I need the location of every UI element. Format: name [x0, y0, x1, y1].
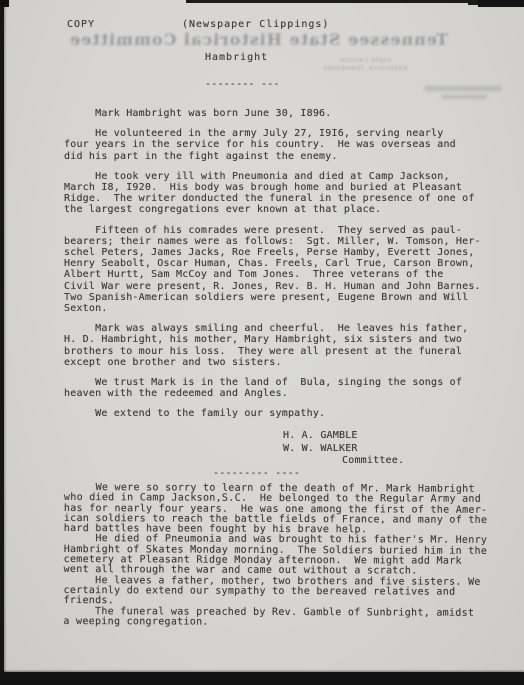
scan-edge-left	[0, 0, 4, 685]
surname-heading: Hambright	[205, 52, 268, 63]
paragraph-family: Mark was always smiling and cheerful. He…	[64, 323, 516, 368]
paragraph-sympathy: We extend to the family our sympathy.	[64, 408, 516, 419]
signature-names: H. A. GAMBLE W. W. WALKER	[283, 429, 516, 455]
paragraph-survivors: He leaves a father, mother, two brothers…	[63, 576, 515, 609]
paragraph-enlistment: He volunteered in the army July 27, I9I6…	[64, 128, 516, 162]
committee-label: Committee.	[342, 455, 516, 466]
scan-edge-top-left-corner	[0, 0, 9, 7]
separator-line-middle: --------- ----	[213, 468, 516, 479]
scan-edge-top-right-corner	[478, 0, 524, 7]
bleedthrough-address-line1: STATE CAPITOL	[322, 57, 408, 65]
copy-label: COPY	[67, 19, 95, 30]
bleedthrough-letterhead-address: STATE CAPITOL NASHVILLE, TENNESSEE	[322, 57, 408, 73]
paragraph-burial: He died of Pneumonia and was brought to …	[64, 534, 516, 577]
paragraph-trust: We trust Mark is in the land of Bula, si…	[64, 377, 516, 399]
bleedthrough-address-line2: NASHVILLE, TENNESSEE	[322, 65, 408, 73]
bleedthrough-letterhead-text: Tennessee State Historical Committee	[88, 30, 448, 49]
paragraph-sorry: We were so sorry to learn of the death o…	[64, 483, 516, 536]
scan-edge-bottom	[0, 672, 524, 685]
second-clipping-section: We were so sorry to learn of the death o…	[63, 483, 516, 629]
bleedthrough-smudge-1	[424, 86, 502, 91]
paragraph-birth: Mark Hambright was born June 30, I896.	[64, 108, 516, 119]
separator-line-top: -------- ---	[205, 79, 280, 90]
scanned-document-page: Tennessee State Historical Committee STA…	[0, 0, 524, 685]
bleedthrough-smudge-2	[441, 95, 487, 99]
document-body: Mark Hambright was born June 30, I896. H…	[64, 108, 516, 627]
paragraph-pallbearers: Fifteen of his comrades were present. Th…	[64, 225, 516, 315]
paragraph-death: He took very ill with Pneumonia and died…	[64, 171, 516, 216]
paragraph-funeral: The funeral was preached by Rev. Gamble …	[63, 606, 515, 629]
obituary-section: Mark Hambright was born June 30, I896. H…	[64, 108, 516, 479]
signature-block: H. A. GAMBLE W. W. WALKER	[283, 429, 516, 455]
document-title: (Newspaper Clippings)	[182, 19, 329, 30]
